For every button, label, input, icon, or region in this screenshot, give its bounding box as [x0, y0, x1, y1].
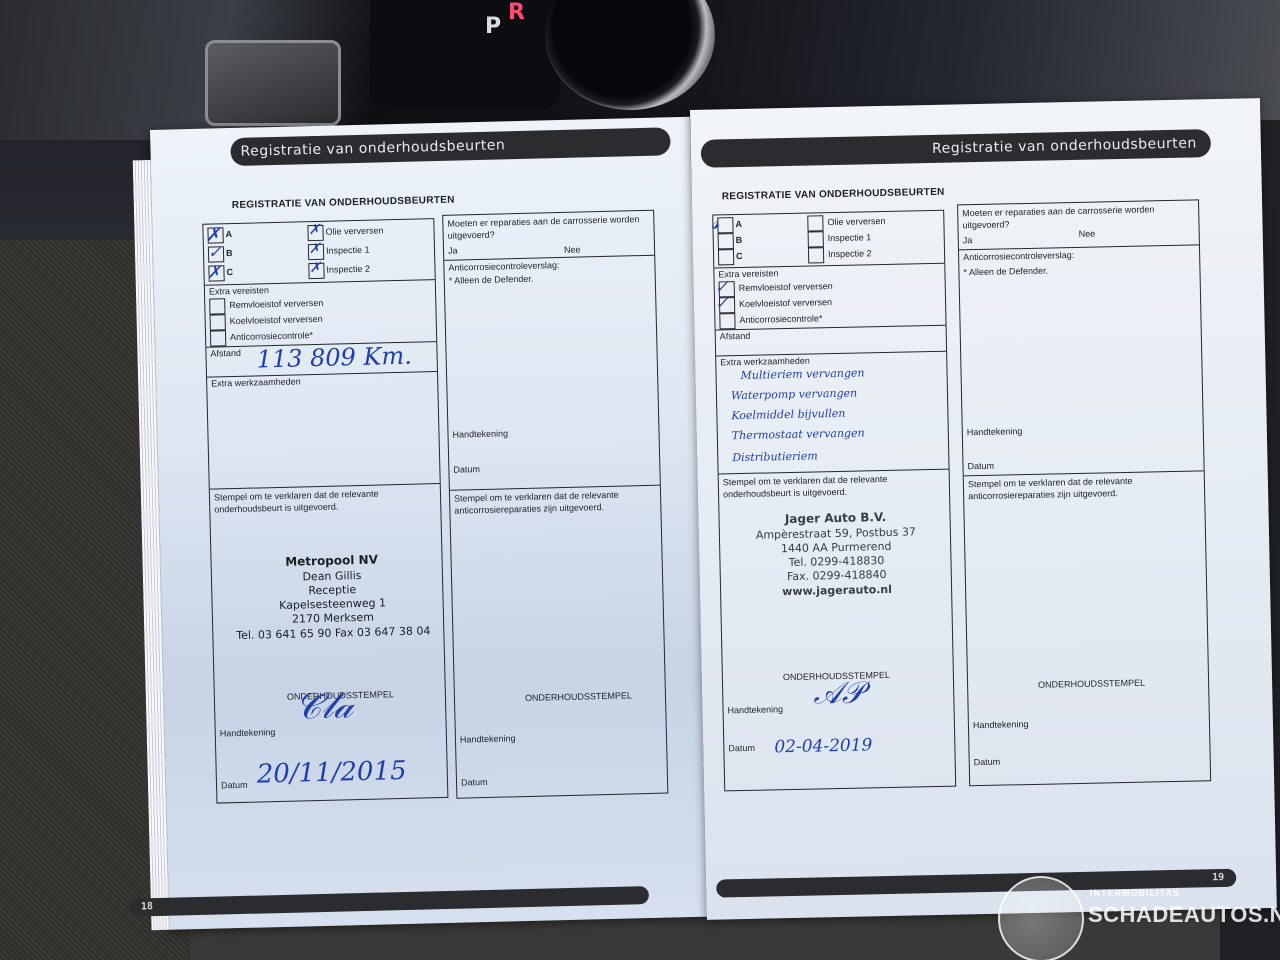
label-inspectie2: Inspectie 2 — [326, 264, 370, 275]
checkbox-inspectie1 — [808, 231, 824, 247]
extra-work-line: Distributieriem — [732, 449, 818, 464]
stamp-label: ONDERHOUDSSTEMPEL — [1038, 678, 1145, 690]
page-footer: 18 — [129, 886, 649, 917]
date-label: Datum — [974, 757, 1001, 768]
label-c: C — [226, 267, 233, 277]
bodywork-repair-form: Moeten er reparaties aan de carrosserie … — [442, 210, 668, 799]
checkbox-a — [717, 217, 733, 233]
service-record-form: A B C ✗ ✓ ✗ Olie verversen Inspectie 1 I… — [202, 218, 448, 803]
extra-work-line: Waterpomp vervangen — [731, 387, 857, 403]
checkbox-remvloeistof — [209, 298, 225, 314]
no-label: Nee — [564, 245, 581, 255]
signature-label: Handtekening — [727, 704, 783, 715]
service-type-section: A B C 𝓈 Olie verversen Inspectie 1 Inspe… — [713, 211, 944, 269]
label-remvloeistof: Remvloeistof verversen — [739, 281, 833, 293]
signature-label: Handtekening — [973, 719, 1029, 730]
date-label: Datum — [461, 777, 488, 788]
report-label: Anticorrosiecontroleverslag: — [448, 260, 559, 273]
repairs-question-section: Moeten er reparaties aan de carrosserie … — [958, 200, 1199, 250]
checkmark-b: ✓ — [208, 242, 222, 261]
distance-label: Afstand — [210, 348, 241, 359]
gear-label-p: P — [485, 14, 501, 39]
no-label: Nee — [1079, 229, 1096, 239]
stamp-section: Stempel om te verklaren dat de relevante… — [210, 483, 448, 803]
service-record-form: A B C 𝓈 Olie verversen Inspectie 1 Inspe… — [712, 210, 956, 792]
label-anticorrosie: Anticorrosiecontrole* — [230, 330, 313, 342]
checkmark-koelvloeistof: ✓ — [715, 293, 729, 312]
extra-work-section: Extra werkzaamheden Multieriem vervangen… — [716, 351, 948, 475]
date-label: Datum — [728, 743, 755, 754]
repairs-question: Moeten er reparaties aan de carrosserie … — [447, 214, 648, 242]
stamp-statement: Stempel om te verklaren dat de relevante… — [723, 472, 933, 501]
repair-stamp-statement: Stempel om te verklaren dat de relevante… — [968, 474, 1188, 503]
service-type-section: A B C ✗ ✓ ✗ Olie verversen Inspectie 1 I… — [203, 219, 434, 286]
label-olie: Olie verversen — [325, 225, 383, 236]
maintenance-booklet: Registratie van onderhoudsbeurten REGIST… — [150, 110, 1270, 930]
label-anticorrosie: Anticorrosiecontrole* — [739, 313, 822, 325]
right-page: Registratie van onderhoudsbeurten REGIST… — [690, 98, 1277, 920]
date-value: 02-04-2019 — [774, 735, 872, 757]
globe-icon — [998, 876, 1084, 960]
checkbox-olie — [807, 215, 823, 231]
checkmark-a: 𝓈 — [711, 209, 720, 234]
stamp-label: ONDERHOUDSSTEMPEL — [525, 690, 632, 703]
label-a: A — [735, 219, 742, 229]
page-banner: Registratie van onderhoudsbeurten — [230, 127, 671, 166]
gear-selector-panel — [370, 0, 560, 110]
label-b: B — [736, 235, 743, 245]
anticorrosion-report-section: Anticorrosiecontroleverslag: * Alleen de… — [959, 244, 1204, 476]
date-label: Datum — [967, 461, 994, 472]
extra-requirements-section: Extra vereisten Remvloeistof verversen K… — [205, 279, 436, 348]
extra-work-section: Extra werkzaamheden — [207, 371, 440, 490]
label-inspectie1: Inspectie 1 — [828, 232, 872, 243]
page-number: 18 — [141, 901, 153, 912]
extra-work-line: Thermostaat vervangen — [732, 426, 865, 442]
checkbox-anticorrosie — [210, 330, 226, 346]
signature-scribble: 𝒞𝓁𝒶 — [295, 685, 354, 728]
defender-note: * Alleen de Defender. — [449, 274, 534, 286]
extra-work-label: Extra werkzaamheden — [720, 356, 810, 368]
report-label: Anticorrosiecontroleverslag: — [963, 250, 1074, 262]
extra-work-line: Koelmiddel bijvullen — [731, 407, 845, 422]
page-banner: Registratie van onderhoudsbeurten — [701, 129, 1211, 168]
dealer-stamp: Jager Auto B.V. Ampèrestraat 59, Postbus… — [719, 509, 953, 601]
repairs-question-section: Moeten er reparaties aan de carrosserie … — [443, 211, 654, 261]
label-a: A — [225, 229, 232, 239]
defender-note: * Alleen de Defender. — [963, 266, 1048, 278]
repair-stamp-section: Stempel om te verklaren dat de relevante… — [450, 485, 667, 798]
repair-stamp-statement: Stempel om te verklaren dat de relevante… — [454, 488, 655, 517]
anticorrosion-report-section: Anticorrosiecontroleverslag: * Alleen de… — [444, 255, 660, 491]
label-inspectie2: Inspectie 2 — [828, 248, 872, 259]
stamp-section: Stempel om te verklaren dat de relevante… — [719, 469, 956, 791]
checkbox-inspectie2 — [808, 247, 824, 263]
dealer-stamp: Metropool NV Dean Gillis Receptie Kapels… — [221, 551, 443, 643]
label-remvloeistof: Remvloeistof verversen — [229, 298, 323, 310]
signature-label: Handtekening — [452, 428, 508, 439]
label-olie: Olie verversen — [827, 216, 885, 227]
checkmark-olie: ✗ — [308, 222, 320, 238]
distance-label: Afstand — [720, 331, 751, 342]
checkbox-koelvloeistof — [210, 314, 226, 330]
signature-label: Handtekening — [220, 727, 276, 738]
yes-label: Ja — [963, 235, 973, 245]
date-label: Datum — [221, 780, 248, 791]
left-page: Registratie van onderhoudsbeurten REGIST… — [150, 117, 709, 930]
signature-scribble: 𝒜𝒫 — [813, 676, 864, 712]
distance-value: 113 809 Km. — [256, 342, 412, 374]
date-value: 20/11/2015 — [256, 756, 407, 790]
extra-requirements-section: Extra vereisten Remvloeistof verversen K… — [714, 263, 945, 331]
yes-label: Ja — [448, 246, 458, 256]
extra-work-line: Multieriem vervangen — [740, 366, 864, 382]
bodywork-repair-form: Moeten er reparaties aan de carrosserie … — [957, 199, 1211, 786]
date-label: Datum — [453, 464, 480, 475]
checkmark-inspectie2: ✗ — [309, 260, 321, 276]
checkmark-c: ✗ — [207, 262, 221, 281]
label-koelvloeistof: Koelvloeistof verversen — [230, 314, 323, 326]
checkbox-b — [718, 233, 734, 249]
form-title: REGISTRATIE VAN ONDERHOUDSBEURTEN — [232, 195, 455, 211]
checkbox-c — [718, 249, 734, 265]
extra-requirements-label: Extra vereisten — [209, 285, 269, 296]
form-title: REGISTRATIE VAN ONDERHOUDSBEURTEN — [722, 187, 945, 203]
label-koelvloeistof: Koelvloeistof verversen — [739, 297, 832, 309]
checkmark-inspectie1: ✗ — [309, 241, 321, 257]
watermark-brand: SCHADEAUTOS.NL — [1088, 902, 1280, 928]
signature-label: Handtekening — [460, 733, 516, 744]
watermark: INTERMOBILITAS SCHADEAUTOS.NL — [990, 872, 1280, 960]
stamp-statement: Stempel om te verklaren dat de relevante… — [214, 486, 425, 515]
gear-label-r: R — [508, 0, 525, 25]
label-b: B — [226, 248, 233, 258]
repair-stamp-section: Stempel om te verklaren dat de relevante… — [964, 470, 1210, 785]
signature-label: Handtekening — [967, 426, 1023, 437]
watermark-small-text: INTERMOBILITAS — [1090, 888, 1180, 898]
checkbox-anticorrosie — [719, 313, 735, 329]
label-c: C — [736, 251, 743, 261]
label-inspectie1: Inspectie 1 — [326, 245, 370, 256]
repairs-question: Moeten er reparaties aan de carrosserie … — [962, 204, 1192, 232]
extra-work-label: Extra werkzaamheden — [211, 376, 301, 388]
